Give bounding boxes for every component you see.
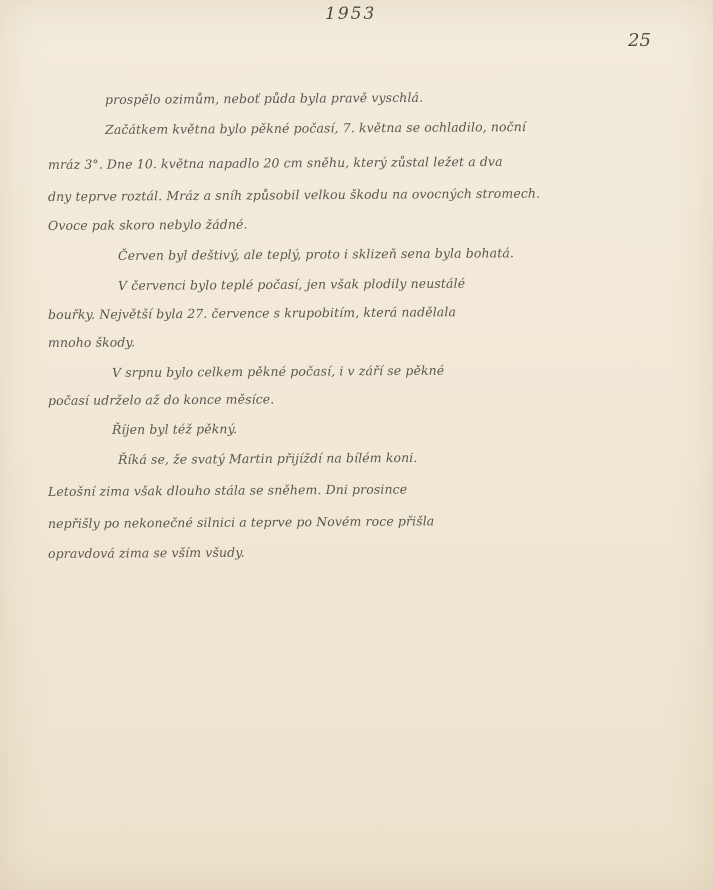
text-line: Říká se, že svatý Martin přijíždí na bíl… (118, 450, 418, 467)
text-line: Ovoce pak skoro nebylo žádné. (48, 217, 248, 233)
text-line: prospělo ozimům, neboť půda byla pravě v… (105, 90, 423, 107)
text-line: Říjen byl též pěkný. (112, 421, 237, 437)
text-line: mráz 3°. Dne 10. května napadlo 20 cm sn… (48, 154, 503, 172)
text-line: dny teprve roztál. Mráz a sníh způsobil … (48, 186, 540, 204)
page-number: 25 (628, 30, 651, 51)
text-line: Červen byl deštivý, ale teplý, proto i s… (118, 245, 514, 263)
text-line: Letošní zima však dlouho stála se sněhem… (48, 481, 407, 499)
handwritten-chronicle-page: 1953 25 prospělo ozimům, neboť půda byla… (0, 0, 713, 890)
text-line: mnoho škody. (48, 334, 135, 350)
text-line: nepřišly po nekonečné silnici a teprve p… (48, 513, 434, 531)
text-line: Začátkem května bylo pěkné počasí, 7. kv… (105, 119, 526, 137)
year-heading: 1953 (325, 4, 376, 24)
text-line: V červenci bylo teplé počasí, jen však p… (118, 276, 465, 293)
text-line: V srpnu bylo celkem pěkné počasí, i v zá… (112, 363, 444, 380)
text-line: bouřky. Největší byla 27. července s kru… (48, 304, 456, 322)
text-line: počasí udrželo až do konce měsíce. (48, 391, 274, 408)
text-line: opravdová zima se vším všudy. (48, 545, 245, 561)
